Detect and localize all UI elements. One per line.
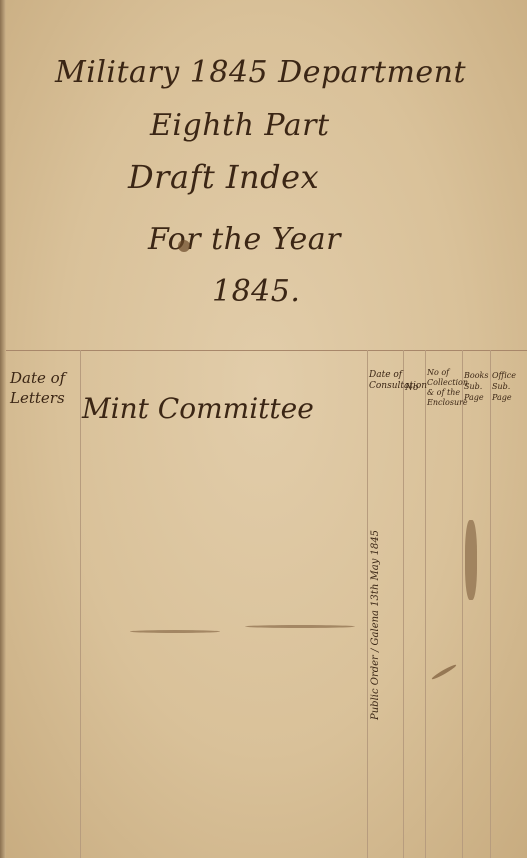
header-date-of-consultation: Date of Consultation <box>369 370 403 392</box>
ink-stain <box>178 240 190 252</box>
title-line-5: 1845. <box>212 274 300 309</box>
page-edge <box>0 0 6 858</box>
title-line-1: Military 1845 Department <box>55 55 466 90</box>
header-date-of-letters: Date of Letters <box>10 368 78 408</box>
header-rule <box>6 350 527 351</box>
header-no: No <box>405 382 425 395</box>
column-rule <box>490 350 491 858</box>
header-mint-committee: Mint Committee <box>82 392 314 425</box>
column-rule <box>80 350 81 858</box>
header-books-page: Books Sub. Page <box>464 370 490 403</box>
ink-stain <box>245 625 355 628</box>
ink-stain <box>431 663 457 680</box>
column-rule <box>425 350 426 858</box>
header-office-page: Office Sub. Page <box>492 370 524 403</box>
title-line-4: For the Year <box>148 222 341 257</box>
column-rule <box>403 350 404 858</box>
vertical-annotation: Public Order / Galena 13th May 1845 <box>370 530 382 720</box>
header-collection: No of Collection & of the Enclosure <box>427 368 461 408</box>
ink-stain <box>465 520 477 600</box>
ink-stain <box>130 630 220 633</box>
column-rule <box>367 350 368 858</box>
title-line-3: Draft Index <box>128 158 319 196</box>
manuscript-page: Military 1845 Department Eighth Part Dra… <box>0 0 527 858</box>
column-rule <box>462 350 463 858</box>
title-line-2: Eighth Part <box>150 108 330 143</box>
